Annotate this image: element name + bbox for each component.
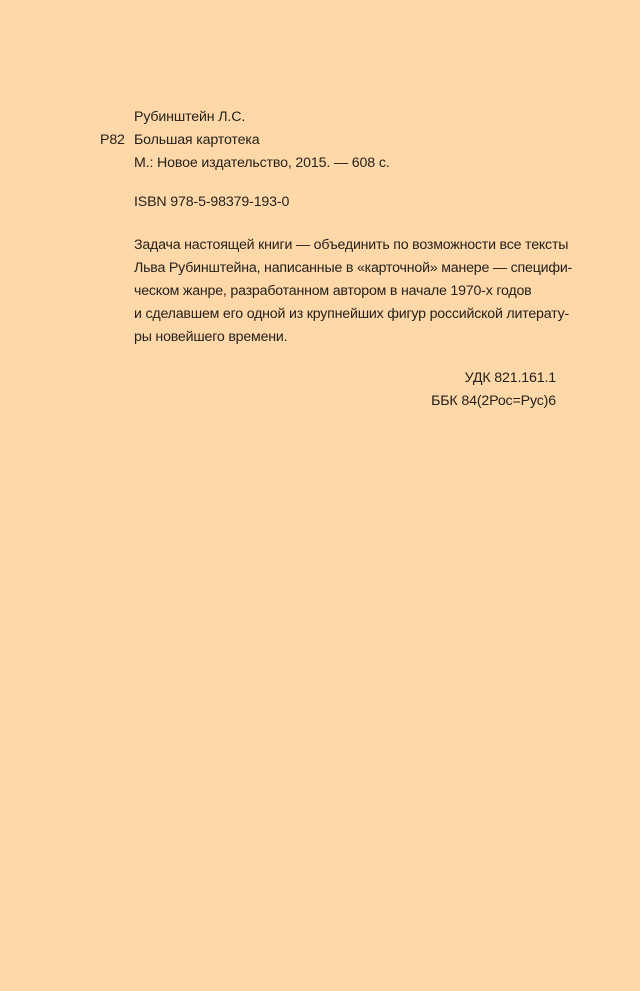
- author-name: Рубинштейн Л.С.: [134, 106, 574, 129]
- annotation-line: Льва Рубинштейна, написанные в «карточно…: [134, 257, 574, 280]
- author-mark: Р82: [100, 129, 125, 152]
- annotation-line: ческом жанре, разработанном автором в на…: [134, 280, 574, 303]
- copyright-page: Р82 Рубинштейн Л.С. Большая картотека М.…: [0, 0, 640, 991]
- annotation-line: и сделавшем его одной из крупнейших фигу…: [134, 303, 574, 326]
- classification-codes: УДК 821.161.1 ББК 84(2Рос=Рус)6: [431, 367, 556, 413]
- annotation: Задача настоящей книги — объединить по в…: [134, 234, 574, 349]
- book-title: Большая картотека: [134, 129, 574, 152]
- bbk-code: ББК 84(2Рос=Рус)6: [431, 390, 556, 413]
- udk-code: УДК 821.161.1: [431, 367, 556, 390]
- annotation-line: Задача настоящей книги — объединить по в…: [134, 234, 574, 257]
- bibliographic-record: Рубинштейн Л.С. Большая картотека М.: Но…: [134, 106, 574, 175]
- imprint: М.: Новое издательство, 2015. — 608 с.: [134, 152, 574, 175]
- isbn: ISBN 978-5-98379-193-0: [134, 191, 289, 214]
- annotation-line: ры новейшего времени.: [134, 326, 574, 349]
